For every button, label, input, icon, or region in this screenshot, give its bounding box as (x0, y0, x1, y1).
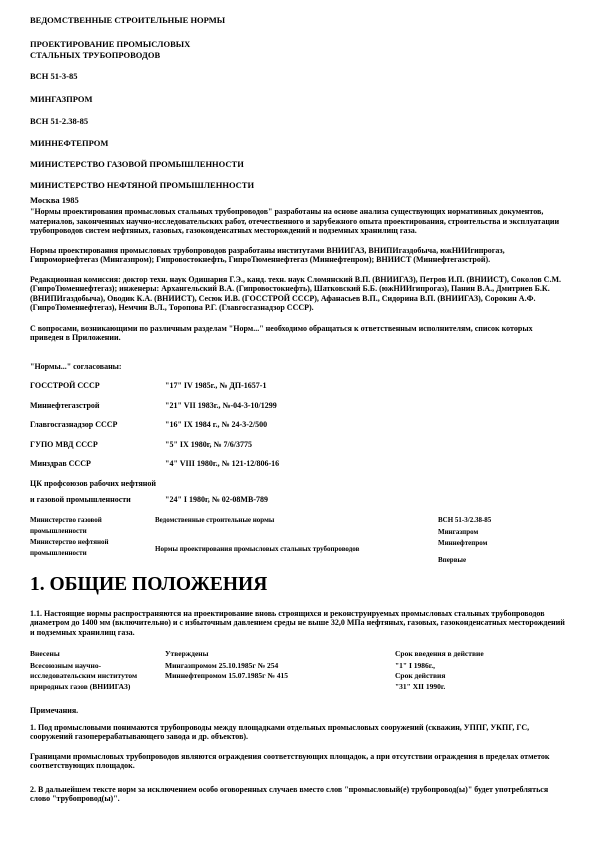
meta-table: Внесены Всесоюзным научно- исследователь… (30, 649, 567, 692)
approval-row: и газовой промышленности "24" I 1980г, №… (30, 495, 567, 505)
paragraph-editorial-board: Редакционная комиссия: доктор техн. наук… (30, 275, 567, 313)
note-2: 2. В дальнейшем тексте норм за исключени… (30, 785, 567, 804)
approval-detail: "21" VII 1983г., №-04-3-10/1299 (165, 401, 567, 411)
stamp-ministries: Министерство газовой промышленности Мини… (30, 515, 155, 566)
approval-row: ГОССТРОЙ СССР "17" IV 1985г., № ДП-1657-… (30, 381, 567, 391)
document-page: ВЕДОМСТВЕННЫЕ СТРОИТЕЛЬНЫЕ НОРМЫ ПРОЕКТИ… (0, 0, 595, 842)
approval-row: Минздрав СССР "4" VIII 1980г., № 121-12/… (30, 459, 567, 469)
stamp-center-cell: Ведомственные строительные нормы Нормы п… (155, 515, 438, 566)
note-1: 1. Под промысловыми понимаются трубопров… (30, 723, 567, 742)
section-heading: 1. ОБЩИЕ ПОЛОЖЕНИЯ (30, 574, 567, 596)
paragraph-institutes: Нормы проектирования промысловых трубопр… (30, 246, 567, 265)
approval-org: ГУПО МВД СССР (30, 440, 165, 450)
ministry-oil-industry: МИНИСТЕРСТВО НЕФТЯНОЙ ПРОМЫШЛЕННОСТИ (30, 180, 567, 190)
meta-term-cell: Срок введения в действие "1" I 1986г., С… (395, 649, 567, 692)
meta-term-header: Срок введения в действие (395, 649, 567, 660)
approvals-list: ГОССТРОЙ СССР "17" IV 1985г., № ДП-1657-… (30, 381, 567, 505)
approval-org: Миннефтегазстрой (30, 401, 165, 411)
approval-row: Миннефтегазстрой "21" VII 1983г., №-04-3… (30, 401, 567, 411)
approval-org: Минздрав СССР (30, 459, 165, 469)
doc-type-heading: ВЕДОМСТВЕННЫЕ СТРОИТЕЛЬНЫЕ НОРМЫ (30, 15, 567, 25)
meta-term-body: "1" I 1986г., Срок действия "31" XII 199… (395, 661, 567, 693)
approval-detail: "16" IX 1984 г., № 24-3-2/500 (165, 420, 567, 430)
stamp-orgs: Мингазпром Миннефтепром (438, 527, 563, 549)
approval-detail (165, 479, 567, 489)
paragraph-development: "Нормы проектирования промысловых стальн… (30, 207, 567, 236)
ministry-gas-industry: МИНИСТЕРСТВО ГАЗОВОЙ ПРОМЫШЛЕННОСТИ (30, 159, 567, 169)
stamp-table: Министерство газовой промышленности Мини… (30, 515, 567, 566)
approval-detail: "17" IV 1985г., № ДП-1657-1 (165, 381, 567, 391)
approval-org: и газовой промышленности (30, 495, 165, 505)
approval-org: ГОССТРОЙ СССР (30, 381, 165, 391)
approval-org: ЦК профсоюзов рабочих нефтяной (30, 479, 165, 489)
meta-submitted-header: Внесены (30, 649, 165, 660)
clause-1-1: 1.1. Настоящие нормы распространяются на… (30, 609, 567, 638)
notes-heading: Примечания. (30, 706, 567, 716)
approval-row: ГУПО МВД СССР "5" IX 1980г, № 7/6/3775 (30, 440, 567, 450)
meta-submitted-body: Всесоюзным научно- исследовательским инс… (30, 661, 165, 693)
approval-row: Главгосгазнадзор СССР "16" IX 1984 г., №… (30, 420, 567, 430)
meta-submitted-cell: Внесены Всесоюзным научно- исследователь… (30, 649, 165, 692)
org-mingazprom: МИНГАЗПРОМ (30, 94, 567, 104)
stamp-code: ВСН 51-3/2.38-85 (438, 515, 563, 526)
meta-approved-body: Мингазпромом 25.10.1985г № 254 Миннефтеп… (165, 661, 395, 682)
approval-row: ЦК профсоюзов рабочих нефтяной (30, 479, 567, 489)
stamp-doc-kind: Ведомственные строительные нормы (155, 515, 438, 526)
approval-detail: "5" IX 1980г, № 7/6/3775 (165, 440, 567, 450)
stamp-right-cell: ВСН 51-3/2.38-85 Мингазпром Миннефтепром… (438, 515, 563, 566)
org-minnefteprom: МИННЕФТЕПРОМ (30, 138, 567, 148)
stamp-status: Впервые (438, 555, 563, 566)
stamp-doc-title: Нормы проектирования промысловых стальны… (155, 544, 438, 555)
approval-detail: "24" I 1980г, № 02-08МВ-789 (165, 495, 567, 505)
code-vsn-51-3-85: ВСН 51-3-85 (30, 71, 567, 81)
note-1-continued: Границами промысловых трубопроводов явля… (30, 752, 567, 771)
approval-detail: "4" VIII 1980г., № 121-12/806-16 (165, 459, 567, 469)
agreed-heading: "Нормы..." согласованы: (30, 362, 567, 372)
place-year: Москва 1985 (30, 195, 567, 205)
paragraph-questions: С вопросами, возникающими по различным р… (30, 324, 567, 343)
approval-org: Главгосгазнадзор СССР (30, 420, 165, 430)
meta-approved-cell: Утверждены Мингазпромом 25.10.1985г № 25… (165, 649, 395, 692)
code-vsn-51-2-38-85: ВСН 51-2.38-85 (30, 116, 567, 126)
doc-title: ПРОЕКТИРОВАНИЕ ПРОМЫСЛОВЫХ СТАЛЬНЫХ ТРУБ… (30, 39, 567, 61)
meta-approved-header: Утверждены (165, 649, 395, 660)
